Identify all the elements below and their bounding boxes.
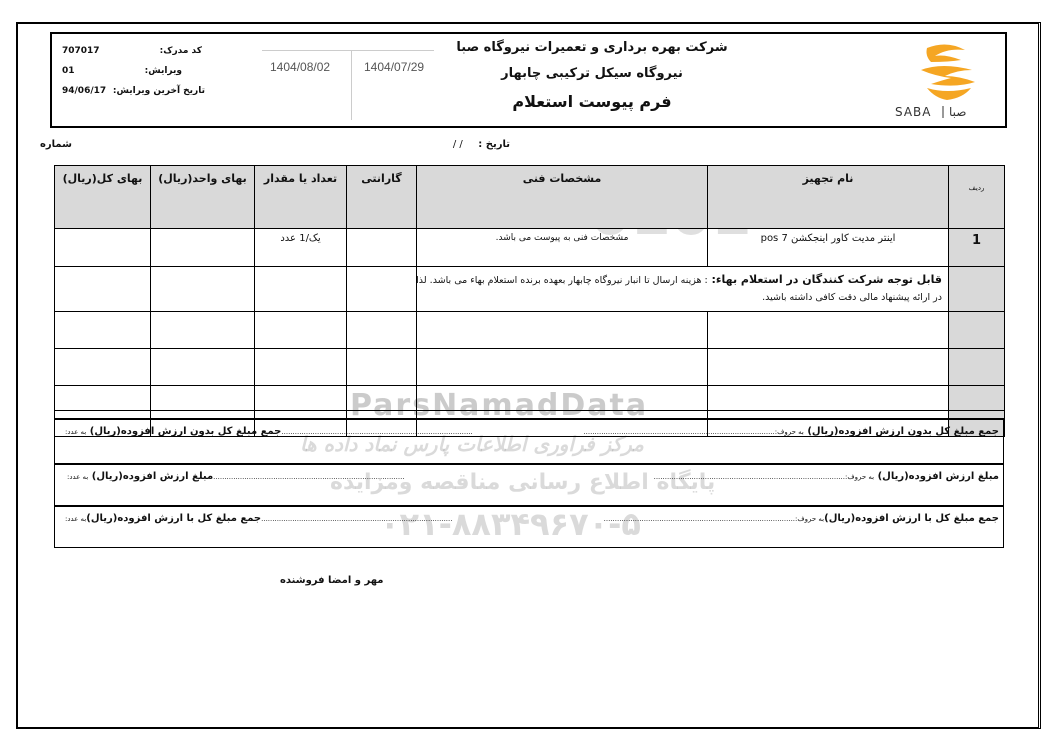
cell-radif: 1 — [949, 229, 1005, 267]
table-header-row: ردیف نام تجهیز مشخصات فنی گارانتی تعداد … — [55, 166, 1005, 229]
cell-total-price[interactable] — [55, 386, 151, 411]
notice-text-block: قابل توجه شرکت کنندگان در استعلام بهاء: … — [412, 271, 942, 306]
table-row — [55, 386, 1005, 411]
date-label: تاریخ : — [478, 139, 510, 150]
dotted-line: ........................................… — [281, 428, 472, 436]
cell-qty[interactable]: یک/1 عدد — [255, 229, 347, 267]
dotted-line: ........................................… — [583, 428, 774, 436]
dotted-line: ........................................… — [654, 473, 845, 481]
column-header-warranty: گارانتی — [347, 166, 417, 229]
last-revision-value: 94/06/17 — [62, 86, 106, 96]
date-divider-vertical — [351, 50, 352, 120]
cell-total-price[interactable] — [55, 229, 151, 267]
cell-radif-empty — [949, 349, 1005, 386]
cell-spec[interactable] — [417, 386, 708, 411]
cell-total-price[interactable] — [55, 267, 151, 312]
subtotal-label: جمع مبلغ کل بدون ارزش افزوده(ریال) — [807, 426, 999, 437]
total-label: جمع مبلغ کل با ارزش افزوده(ریال) — [824, 513, 999, 524]
dotted-line: ........................................… — [213, 473, 404, 481]
subtotal-label-2: جمع مبلغ کل بدون ارزش افزوده(ریال) — [90, 426, 282, 437]
date-1: 1404/08/02 — [270, 60, 330, 74]
cell-spec[interactable] — [417, 312, 708, 349]
cell-unit-price[interactable] — [151, 267, 255, 312]
cell-warranty[interactable] — [347, 267, 417, 312]
column-header-qty: تعداد یا مقدار — [255, 166, 347, 229]
number-label: شماره — [40, 139, 72, 150]
cell-spec[interactable] — [417, 349, 708, 386]
cell-unit-price[interactable] — [151, 312, 255, 349]
cell-qty[interactable] — [255, 386, 347, 411]
revision-value: 01 — [62, 66, 75, 76]
words-suffix: به حروف: — [795, 515, 824, 523]
digits-suffix: به عدد: — [67, 473, 88, 481]
column-header-unit-price: بهای واحد(ریال) — [151, 166, 255, 229]
date-divider-top — [262, 50, 434, 51]
column-header-radif: ردیف — [949, 166, 1005, 229]
plant-name: نیروگاه سیکل ترکیبی چابهار — [442, 66, 742, 81]
document-code-value: 707017 — [62, 46, 100, 56]
cell-item[interactable] — [708, 349, 949, 386]
date-2: 1404/07/29 — [364, 60, 424, 74]
words-suffix: به حروف: — [845, 473, 874, 481]
words-suffix: به حروف: — [775, 428, 804, 436]
cell-qty[interactable] — [255, 349, 347, 386]
digits-suffix: به عدد: — [65, 428, 86, 436]
cell-radif-empty — [949, 386, 1005, 411]
dotted-line: ........................................… — [261, 515, 452, 523]
cell-radif-empty — [949, 312, 1005, 349]
saba-globe-icon: SABA صبا — [887, 40, 997, 120]
total-words[interactable]: جمع مبلغ کل با ارزش افزوده(ریال)به حروف:… — [604, 513, 999, 524]
notice-bold: قابل توجه شرکت کنندگان در استعلام بهاء: — [708, 273, 942, 286]
subtotal-words[interactable]: جمع مبلغ کل بدون ارزش افزوده(ریال) به حر… — [583, 426, 999, 437]
summary-row-vat[interactable]: مبلغ ارزش افزوده(ریال) به حروف:.........… — [54, 463, 1004, 506]
form-header: کد مدرک: 707017 ویرایش: 01 تاریخ آخرین و… — [50, 32, 1007, 128]
cell-qty[interactable] — [255, 267, 347, 312]
column-header-spec: مشخصات فنی — [417, 166, 708, 229]
revision-label: ویرایش: — [145, 66, 182, 76]
items-table: ردیف نام تجهیز مشخصات فنی گارانتی تعداد … — [54, 165, 1005, 437]
cell-qty[interactable] — [255, 312, 347, 349]
vat-label-2: مبلغ ارزش افزوده(ریال) — [92, 471, 213, 482]
company-name: شرکت بهره برداری و تعمیرات نیروگاه صبا — [442, 40, 742, 55]
table-row — [55, 349, 1005, 386]
table-row — [55, 312, 1005, 349]
cell-warranty[interactable] — [347, 229, 417, 267]
svg-text:صبا: صبا — [949, 105, 966, 119]
cell-radif-empty — [949, 267, 1005, 312]
notice-row: قابل توجه شرکت کنندگان در استعلام بهاء: … — [55, 267, 1005, 312]
cell-unit-price[interactable] — [151, 349, 255, 386]
summary-row-total[interactable]: جمع مبلغ کل با ارزش افزوده(ریال)به حروف:… — [54, 505, 1004, 548]
total-label-2: جمع مبلغ کل با ارزش افزوده(ریال) — [86, 513, 261, 524]
cell-unit-price[interactable] — [151, 229, 255, 267]
vat-label: مبلغ ارزش افزوده(ریال) — [878, 471, 999, 482]
document-code-label: کد مدرک: — [160, 46, 202, 56]
cell-item[interactable] — [708, 312, 949, 349]
form-title: فرم پیوست استعلام — [442, 92, 742, 111]
vat-words[interactable]: مبلغ ارزش افزوده(ریال) به حروف:.........… — [654, 471, 999, 482]
cell-unit-price[interactable] — [151, 386, 255, 411]
dotted-line: ........................................… — [604, 515, 795, 523]
cell-total-price[interactable] — [55, 312, 151, 349]
svg-text:SABA: SABA — [895, 105, 932, 119]
total-digits[interactable]: ........................................… — [65, 513, 452, 524]
saba-logo: SABA صبا — [887, 40, 997, 120]
cell-spec[interactable]: مشخصات فنی به پیوست می باشد. — [417, 229, 708, 267]
cell-item[interactable]: اینتر مدیت کاور اینجکشن pos 7 — [708, 229, 949, 267]
vat-digits[interactable]: ........................................… — [67, 471, 405, 482]
cell-warranty[interactable] — [347, 386, 417, 411]
cell-total-price[interactable] — [55, 349, 151, 386]
table-row: 1 اینتر مدیت کاور اینجکشن pos 7 مشخصات ف… — [55, 229, 1005, 267]
notice-cell: قابل توجه شرکت کنندگان در استعلام بهاء: … — [417, 267, 949, 312]
subtotal-digits[interactable]: ........................................… — [65, 426, 473, 437]
summary-row-subtotal[interactable]: جمع مبلغ کل بدون ارزش افزوده(ریال) به حر… — [54, 418, 1004, 464]
column-header-total-price: بهای کل(ریال) — [55, 166, 151, 229]
cell-warranty[interactable] — [347, 349, 417, 386]
date-field[interactable]: تاریخ : / / — [420, 139, 510, 150]
last-revision-label: تاریخ آخرین ویرایش: — [113, 86, 205, 96]
date-value: / / — [453, 139, 463, 150]
column-header-item: نام تجهیز — [708, 166, 949, 229]
seller-signature-label: مهر و امضا فروشنده — [280, 575, 383, 586]
cell-item[interactable] — [708, 386, 949, 411]
digits-suffix: به عدد: — [65, 515, 86, 523]
cell-warranty[interactable] — [347, 312, 417, 349]
